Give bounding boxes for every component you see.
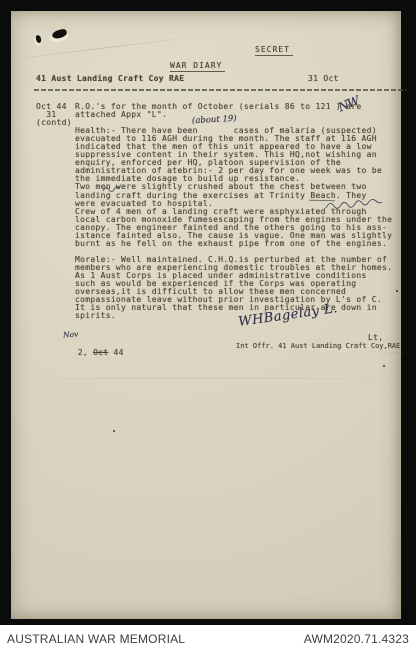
dateline-year: 44 [108,348,123,357]
typed-line: attached Appx "L". [75,111,405,119]
archive-name-label: AUSTRALIAN WAR MEMORIAL [7,632,185,646]
signature-rank: Lt, [368,333,383,342]
classification-stamp: SECRET [255,45,293,54]
paper-speck [113,430,115,432]
illegible-word-scribble [325,201,383,211]
typed-line: burnt as he fell on the exhaust pipe fro… [75,240,405,248]
diary-entry-body: R.O.'s for the month of October (serials… [75,103,405,320]
signoff-line: Int Offr. 41 Aust Landing Craft Coy,RAE [236,342,400,351]
header-date: 31 Oct [308,74,339,83]
margin-line: (contd) [36,119,72,127]
paper-speck [383,365,385,367]
scanned-war-diary-page: SECRET WAR DIARY 41 Aust Landing Craft C… [0,0,416,653]
accession-number-label: AWM2020.71.4323 [304,632,409,646]
dateline: 2, Oct 44 [47,339,124,366]
unit-name: 41 Aust Landing Craft Coy RAE [36,74,184,83]
typed-dashed-rule [34,89,406,91]
margin-date-column: Oct 44 31 (contd) [36,103,72,127]
typed-line: It is only natural that these men in par… [75,304,405,312]
dateline-day: 2, [78,348,88,357]
catalogue-strip: AUSTRALIAN WAR MEMORIAL AWM2020.71.4323 [0,625,416,653]
page-title: WAR DIARY [170,61,225,70]
dateline-struck-month: Oct [93,348,108,357]
photo-background: SECRET WAR DIARY 41 Aust Landing Craft C… [0,0,416,625]
caret-insertion-scribble [102,185,120,193]
